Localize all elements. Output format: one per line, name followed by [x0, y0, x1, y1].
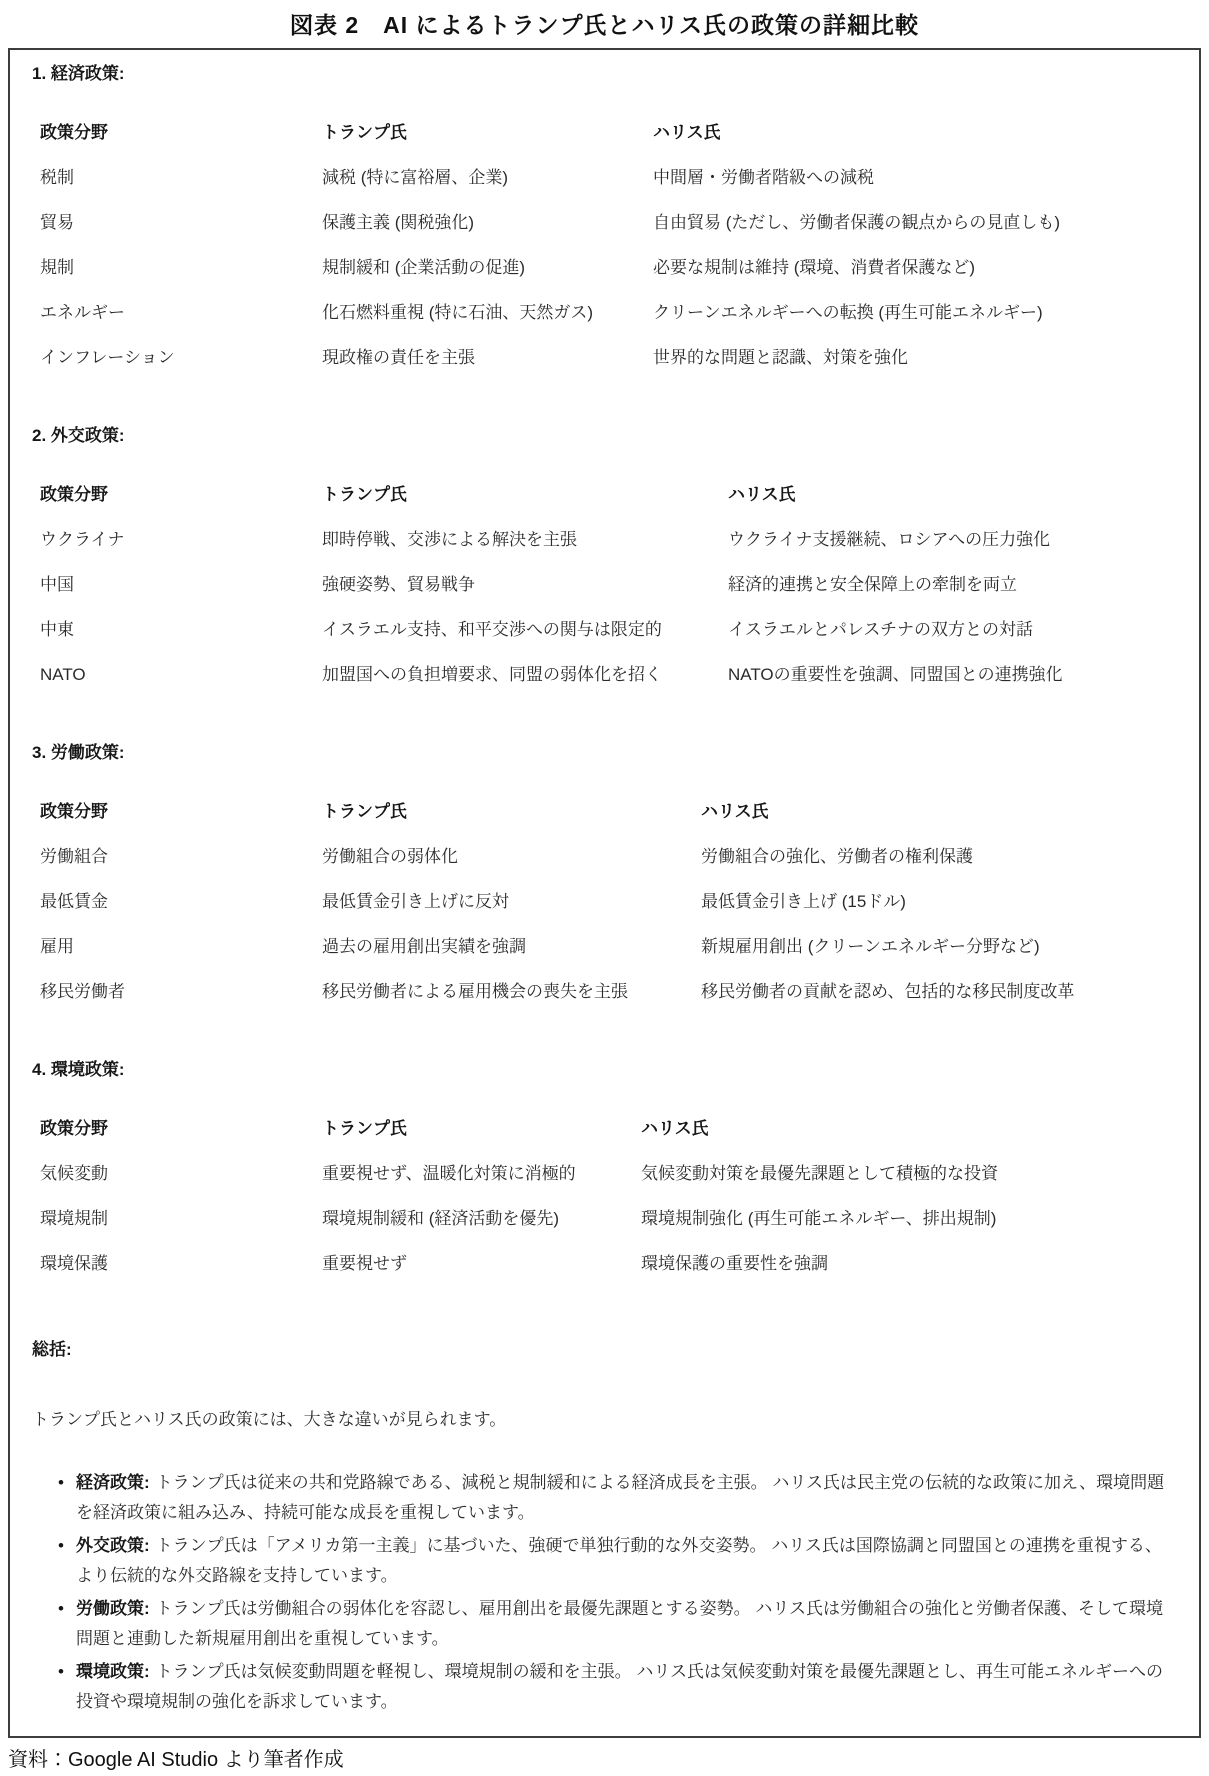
- cell-trump: 最低賃金引き上げに反対: [322, 891, 701, 912]
- cell-harris: イスラエルとパレスチナの双方との対話: [728, 619, 1177, 640]
- policy-table: 政策分野 トランプ氏 ハリス氏 ウクライナ 即時停戦、交渉による解決を主張 ウク…: [40, 472, 1177, 697]
- cell-policy-area: インフレーション: [40, 347, 322, 368]
- section-heading: 1. 経済政策:: [32, 64, 1177, 84]
- cell-harris: 自由貿易 (ただし、労働者保護の観点からの見直しも): [653, 212, 1177, 233]
- cell-policy-area: 規制: [40, 257, 322, 278]
- table-row: 中東 イスラエル支持、和平交渉への関与は限定的 イスラエルとパレスチナの双方との…: [40, 607, 1177, 652]
- bullet-item: 環境政策:トランプ氏は気候変動問題を軽視し、環境規制の緩和を主張。 ハリス氏は気…: [58, 1657, 1173, 1717]
- summary-section: 総括: トランプ氏とハリス氏の政策には、大きな違いが見られます。 経済政策:トラ…: [32, 1340, 1177, 1726]
- cell-trump: 減税 (特に富裕層、企業): [322, 167, 653, 188]
- table-row: NATO 加盟国への負担増要求、同盟の弱体化を招く NATOの重要性を強調、同盟…: [40, 652, 1177, 697]
- cell-harris: 最低賃金引き上げ (15ドル): [701, 891, 1177, 912]
- header-policy-area: 政策分野: [40, 484, 322, 505]
- bullet-label: 外交政策:: [76, 1536, 150, 1555]
- cell-policy-area: 労働組合: [40, 846, 322, 867]
- cell-policy-area: 税制: [40, 167, 322, 188]
- policy-table: 政策分野 トランプ氏 ハリス氏 労働組合 労働組合の弱体化 労働組合の強化、労働…: [40, 789, 1177, 1014]
- cell-trump: 加盟国への負担増要求、同盟の弱体化を招く: [322, 664, 728, 685]
- table-row: 貿易 保護主義 (関税強化) 自由貿易 (ただし、労働者保護の観点からの見直しも…: [40, 200, 1177, 245]
- source-note: 資料：Google AI Studio より筆者作成: [0, 1738, 1209, 1776]
- bullet-item: 経済政策:トランプ氏は従来の共和党路線である、減税と規制緩和による経済成長を主張…: [58, 1468, 1173, 1528]
- cell-trump: 規制緩和 (企業活動の促進): [322, 257, 653, 278]
- table-row: 気候変動 重要視せず、温暖化対策に消極的 気候変動対策を最優先課題として積極的な…: [40, 1151, 1177, 1196]
- cell-harris: 経済的連携と安全保障上の牽制を両立: [728, 574, 1177, 595]
- header-harris: ハリス氏: [701, 801, 1177, 822]
- bullet-label: 経済政策:: [76, 1473, 150, 1492]
- cell-trump: 即時停戦、交渉による解決を主張: [322, 529, 728, 550]
- cell-trump: 移民労働者による雇用機会の喪失を主張: [322, 981, 701, 1002]
- bullet-label: 労働政策:: [76, 1599, 150, 1618]
- bullet-text: トランプ氏は労働組合の弱体化を容認し、雇用創出を最優先課題とする姿勢。 ハリス氏…: [76, 1599, 1163, 1648]
- cell-trump: 化石燃料重視 (特に石油、天然ガス): [322, 302, 653, 323]
- cell-policy-area: 中東: [40, 619, 322, 640]
- summary-lead: トランプ氏とハリス氏の政策には、大きな違いが見られます。: [32, 1408, 1177, 1432]
- table-row: 労働組合 労働組合の弱体化 労働組合の強化、労働者の権利保護: [40, 834, 1177, 879]
- cell-harris: 世界的な問題と認識、対策を強化: [653, 347, 1177, 368]
- cell-policy-area: エネルギー: [40, 302, 322, 323]
- section-heading: 3. 労働政策:: [32, 743, 1177, 763]
- bullet-text: トランプ氏は「アメリカ第一主義」に基づいた、強硬で単独行動的な外交姿勢。 ハリス…: [76, 1536, 1162, 1585]
- cell-harris: ウクライナ支援継続、ロシアへの圧力強化: [728, 529, 1177, 550]
- section-heading: 2. 外交政策:: [32, 426, 1177, 446]
- cell-trump: 保護主義 (関税強化): [322, 212, 653, 233]
- cell-policy-area: ウクライナ: [40, 529, 322, 550]
- table-header-row: 政策分野 トランプ氏 ハリス氏: [40, 110, 1177, 155]
- cell-harris: 移民労働者の貢献を認め、包括的な移民制度改革: [701, 981, 1177, 1002]
- policy-table: 政策分野 トランプ氏 ハリス氏 税制 減税 (特に富裕層、企業) 中間層・労働者…: [40, 110, 1177, 380]
- cell-harris: 新規雇用創出 (クリーンエネルギー分野など): [701, 936, 1177, 957]
- cell-policy-area: 貿易: [40, 212, 322, 233]
- table-row: 中国 強硬姿勢、貿易戦争 経済的連携と安全保障上の牽制を両立: [40, 562, 1177, 607]
- bullet-text: トランプ氏は気候変動問題を軽視し、環境規制の緩和を主張。 ハリス氏は気候変動対策…: [76, 1662, 1163, 1711]
- table-header-row: 政策分野 トランプ氏 ハリス氏: [40, 472, 1177, 517]
- bullet-item: 労働政策:トランプ氏は労働組合の弱体化を容認し、雇用創出を最優先課題とする姿勢。…: [58, 1594, 1173, 1654]
- table-row: 雇用 過去の雇用創出実績を強調 新規雇用創出 (クリーンエネルギー分野など): [40, 924, 1177, 969]
- section-foreign-policy: 2. 外交政策: 政策分野 トランプ氏 ハリス氏 ウクライナ 即時停戦、交渉によ…: [32, 426, 1177, 697]
- header-policy-area: 政策分野: [40, 122, 322, 143]
- summary-heading: 総括:: [32, 1340, 1177, 1360]
- cell-policy-area: 環境保護: [40, 1253, 322, 1274]
- summary-bullet-list: 経済政策:トランプ氏は従来の共和党路線である、減税と規制緩和による経済成長を主張…: [32, 1468, 1177, 1726]
- bullet-item: 外交政策:トランプ氏は「アメリカ第一主義」に基づいた、強硬で単独行動的な外交姿勢…: [58, 1531, 1173, 1591]
- table-row: 最低賃金 最低賃金引き上げに反対 最低賃金引き上げ (15ドル): [40, 879, 1177, 924]
- bullet-text: トランプ氏は従来の共和党路線である、減税と規制緩和による経済成長を主張。 ハリス…: [76, 1473, 1164, 1522]
- cell-trump: 環境規制緩和 (経済活動を優先): [322, 1208, 641, 1229]
- table-row: インフレーション 現政権の責任を主張 世界的な問題と認識、対策を強化: [40, 335, 1177, 380]
- table-header-row: 政策分野 トランプ氏 ハリス氏: [40, 1106, 1177, 1151]
- cell-harris: 労働組合の強化、労働者の権利保護: [701, 846, 1177, 867]
- section-environment-policy: 4. 環境政策: 政策分野 トランプ氏 ハリス氏 気候変動 重要視せず、温暖化対…: [32, 1060, 1177, 1286]
- cell-policy-area: 雇用: [40, 936, 322, 957]
- table-row: 環境保護 重要視せず 環境保護の重要性を強調: [40, 1241, 1177, 1286]
- cell-trump: イスラエル支持、和平交渉への関与は限定的: [322, 619, 728, 640]
- comparison-box: 1. 経済政策: 政策分野 トランプ氏 ハリス氏 税制 減税 (特に富裕層、企業…: [8, 48, 1201, 1738]
- cell-policy-area: 気候変動: [40, 1163, 322, 1184]
- header-harris: ハリス氏: [728, 484, 1177, 505]
- table-row: ウクライナ 即時停戦、交渉による解決を主張 ウクライナ支援継続、ロシアへの圧力強…: [40, 517, 1177, 562]
- header-policy-area: 政策分野: [40, 801, 322, 822]
- cell-policy-area: 移民労働者: [40, 981, 322, 1002]
- cell-trump: 強硬姿勢、貿易戦争: [322, 574, 728, 595]
- cell-harris: 環境規制強化 (再生可能エネルギー、排出規制): [641, 1208, 1177, 1229]
- cell-harris: 環境保護の重要性を強調: [641, 1253, 1177, 1274]
- cell-harris: 必要な規制は維持 (環境、消費者保護など): [653, 257, 1177, 278]
- cell-trump: 労働組合の弱体化: [322, 846, 701, 867]
- cell-trump: 過去の雇用創出実績を強調: [322, 936, 701, 957]
- header-harris: ハリス氏: [641, 1118, 1177, 1139]
- table-row: 環境規制 環境規制緩和 (経済活動を優先) 環境規制強化 (再生可能エネルギー、…: [40, 1196, 1177, 1241]
- cell-harris: クリーンエネルギーへの転換 (再生可能エネルギー): [653, 302, 1177, 323]
- cell-harris: 中間層・労働者階級への減税: [653, 167, 1177, 188]
- table-row: 移民労働者 移民労働者による雇用機会の喪失を主張 移民労働者の貢献を認め、包括的…: [40, 969, 1177, 1014]
- header-trump: トランプ氏: [322, 801, 701, 822]
- page-title: 図表 2 AI によるトランプ氏とハリス氏の政策の詳細比較: [0, 0, 1209, 48]
- cell-policy-area: NATO: [40, 664, 322, 685]
- table-header-row: 政策分野 トランプ氏 ハリス氏: [40, 789, 1177, 834]
- cell-harris: NATOの重要性を強調、同盟国との連携強化: [728, 664, 1177, 685]
- section-labor-policy: 3. 労働政策: 政策分野 トランプ氏 ハリス氏 労働組合 労働組合の弱体化 労…: [32, 743, 1177, 1014]
- cell-harris: 気候変動対策を最優先課題として積極的な投資: [641, 1163, 1177, 1184]
- cell-policy-area: 最低賃金: [40, 891, 322, 912]
- cell-trump: 重要視せず、温暖化対策に消極的: [322, 1163, 641, 1184]
- table-row: エネルギー 化石燃料重視 (特に石油、天然ガス) クリーンエネルギーへの転換 (…: [40, 290, 1177, 335]
- cell-trump: 重要視せず: [322, 1253, 641, 1274]
- table-row: 規制 規制緩和 (企業活動の促進) 必要な規制は維持 (環境、消費者保護など): [40, 245, 1177, 290]
- section-economic-policy: 1. 経済政策: 政策分野 トランプ氏 ハリス氏 税制 減税 (特に富裕層、企業…: [32, 64, 1177, 380]
- header-trump: トランプ氏: [322, 1118, 641, 1139]
- header-trump: トランプ氏: [322, 484, 728, 505]
- cell-policy-area: 中国: [40, 574, 322, 595]
- cell-policy-area: 環境規制: [40, 1208, 322, 1229]
- header-policy-area: 政策分野: [40, 1118, 322, 1139]
- header-trump: トランプ氏: [322, 122, 653, 143]
- bullet-label: 環境政策:: [76, 1662, 150, 1681]
- policy-table: 政策分野 トランプ氏 ハリス氏 気候変動 重要視せず、温暖化対策に消極的 気候変…: [40, 1106, 1177, 1286]
- cell-trump: 現政権の責任を主張: [322, 347, 653, 368]
- header-harris: ハリス氏: [653, 122, 1177, 143]
- table-row: 税制 減税 (特に富裕層、企業) 中間層・労働者階級への減税: [40, 155, 1177, 200]
- section-heading: 4. 環境政策:: [32, 1060, 1177, 1080]
